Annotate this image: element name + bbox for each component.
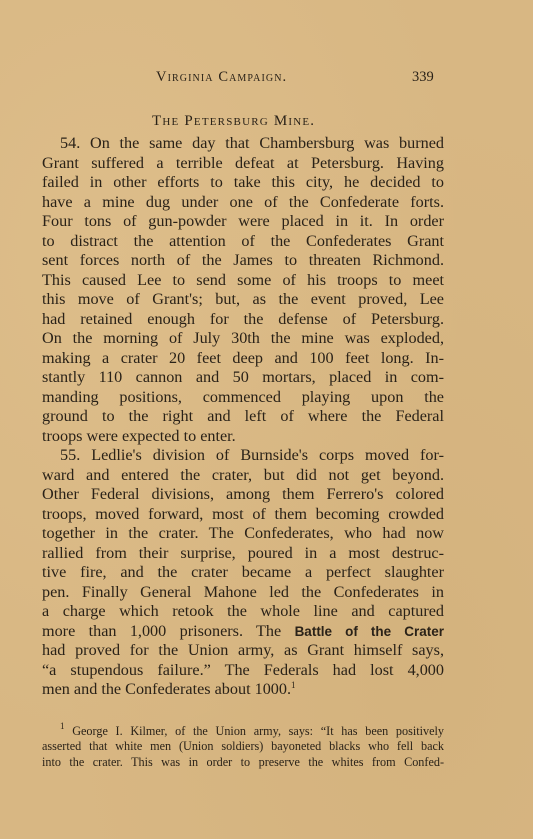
paragraph-55-line: “a stupendous failure.” The Federals had… bbox=[42, 661, 444, 681]
paragraph-54-line: troops were expected to enter. bbox=[42, 427, 444, 447]
running-head: Virginia Campaign. 339 bbox=[0, 69, 533, 89]
paragraph-55-line: rallied from their surprise, poured in a… bbox=[42, 544, 444, 564]
page-number: 339 bbox=[412, 69, 434, 86]
footnote-marker: 1 bbox=[60, 721, 65, 731]
body-text: 54. On the same day that Chambersburg wa… bbox=[42, 134, 444, 700]
paragraph-54-line: have a mine dug under one of the Confede… bbox=[42, 193, 444, 213]
paragraph-55-line: tive fire, and the crater became a perfe… bbox=[42, 563, 444, 583]
paragraph-55-line: 55. Ledlie's division of Burnside's corp… bbox=[42, 446, 444, 466]
line-text: men and the Confederates about 1000. bbox=[42, 680, 291, 698]
footnote-line: 1 George I. Kilmer, of the Union army, s… bbox=[42, 724, 444, 739]
paragraph-54-line: this move of Grant's; but, as the event … bbox=[42, 290, 444, 310]
section-title: The Petersburg Mine. bbox=[152, 113, 315, 130]
footnote-reference[interactable]: 1 bbox=[291, 680, 296, 690]
paragraph-55-final-line: men and the Confederates about 1000.1 bbox=[42, 680, 444, 700]
battle-of-the-crater-bold: Battle of the Crater bbox=[295, 624, 444, 639]
paragraph-54-line: failed in other efforts to take this cit… bbox=[42, 173, 444, 193]
paragraph-55-line: a charge which retook the whole line and… bbox=[42, 602, 444, 622]
paragraph-54-line: This caused Lee to send some of his troo… bbox=[42, 271, 444, 291]
book-page: Virginia Campaign. 339 The Petersburg Mi… bbox=[0, 0, 533, 839]
footnote-line: into the crater. This was in order to pr… bbox=[42, 755, 444, 770]
paragraph-54-line: stantly 110 cannon and 50 mortars, place… bbox=[42, 368, 444, 388]
paragraph-54-line: sent forces north of the James to threat… bbox=[42, 251, 444, 271]
footnotes: 1 George I. Kilmer, of the Union army, s… bbox=[42, 724, 444, 770]
paragraph-55-line: had proved for the Union army, as Grant … bbox=[42, 641, 444, 661]
running-head-title: Virginia Campaign. bbox=[156, 69, 287, 86]
paragraph-54-line: Grant suffered a terrible defeat at Pete… bbox=[42, 154, 444, 174]
paragraph-54-line: manding positions, commenced playing upo… bbox=[42, 388, 444, 408]
paragraph-55-line: pen. Finally General Mahone led the Conf… bbox=[42, 583, 444, 603]
line-text: more than 1,000 prisoners. The bbox=[42, 622, 295, 640]
paragraph-54-line: ground to the right and left of where th… bbox=[42, 407, 444, 427]
paragraph-54-line: On the morning of July 30th the mine was… bbox=[42, 329, 444, 349]
paragraph-55-line: ward and entered the crater, but did not… bbox=[42, 466, 444, 486]
paragraph-54-line: Four tons of gun-powder were placed in i… bbox=[42, 212, 444, 232]
paragraph-55-line: together in the crater. The Confederates… bbox=[42, 524, 444, 544]
footnote-line: asserted that white men (Union soldiers)… bbox=[42, 739, 444, 754]
paragraph-54-line: 54. On the same day that Chambersburg wa… bbox=[42, 134, 444, 154]
footnote-text: George I. Kilmer, of the Union army, say… bbox=[72, 724, 444, 738]
paragraph-54-line: to distract the attention of the Confede… bbox=[42, 232, 444, 252]
paragraph-55-line: troops, moved forward, most of them beco… bbox=[42, 505, 444, 525]
paragraph-55-line-with-bold: more than 1,000 prisoners. The Battle of… bbox=[42, 622, 444, 642]
paragraph-55-line: Other Federal divisions, among them Ferr… bbox=[42, 485, 444, 505]
paragraph-54-line: had retained enough for the defense of P… bbox=[42, 310, 444, 330]
paragraph-54-line: making a crater 20 feet deep and 100 fee… bbox=[42, 349, 444, 369]
